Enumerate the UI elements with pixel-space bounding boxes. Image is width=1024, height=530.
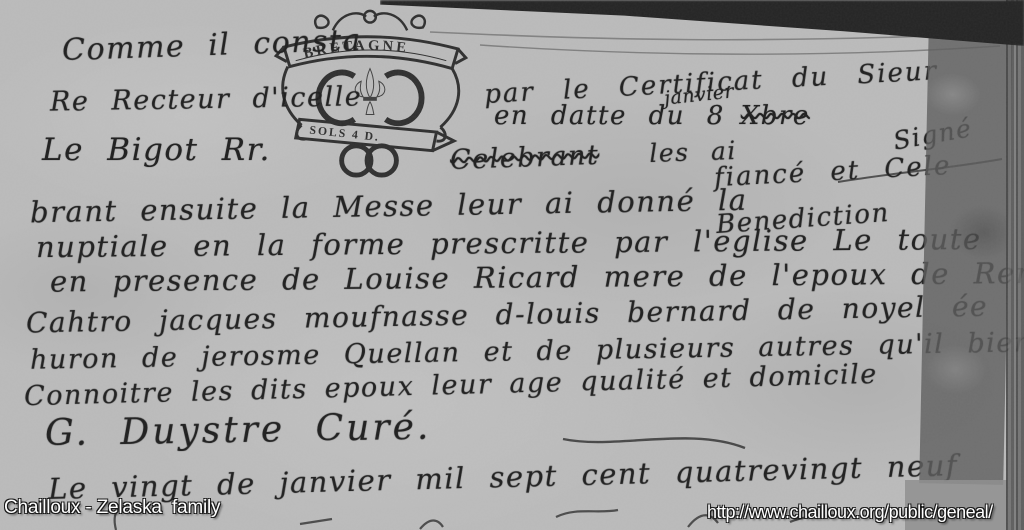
manuscript-line-recteur: Re Recteur d'icelle <box>50 81 363 117</box>
manuscript-line-bigot: Le Bigot Rr. <box>42 132 271 168</box>
scanned-document-page: BRETAGNE SOLS 4 D. <box>0 0 1024 530</box>
manuscript-date-line: en datte du 8 Xbre janvier <box>494 101 810 131</box>
flourish-stroke <box>563 438 745 448</box>
stamp-rings <box>342 146 397 175</box>
page-binding-edge <box>1006 0 1024 530</box>
watermark-family-caption: Chailloux - Zelaska family <box>4 497 220 519</box>
tape-band <box>919 25 1013 485</box>
struck-word-celebrant: Celebrant <box>450 140 600 176</box>
watermark-url-caption: http://www.chailloux.org/public/geneal/ <box>707 502 993 523</box>
priest-signature: G. Duystre Curé. <box>45 407 432 455</box>
struck-month: Xbre <box>741 101 810 131</box>
